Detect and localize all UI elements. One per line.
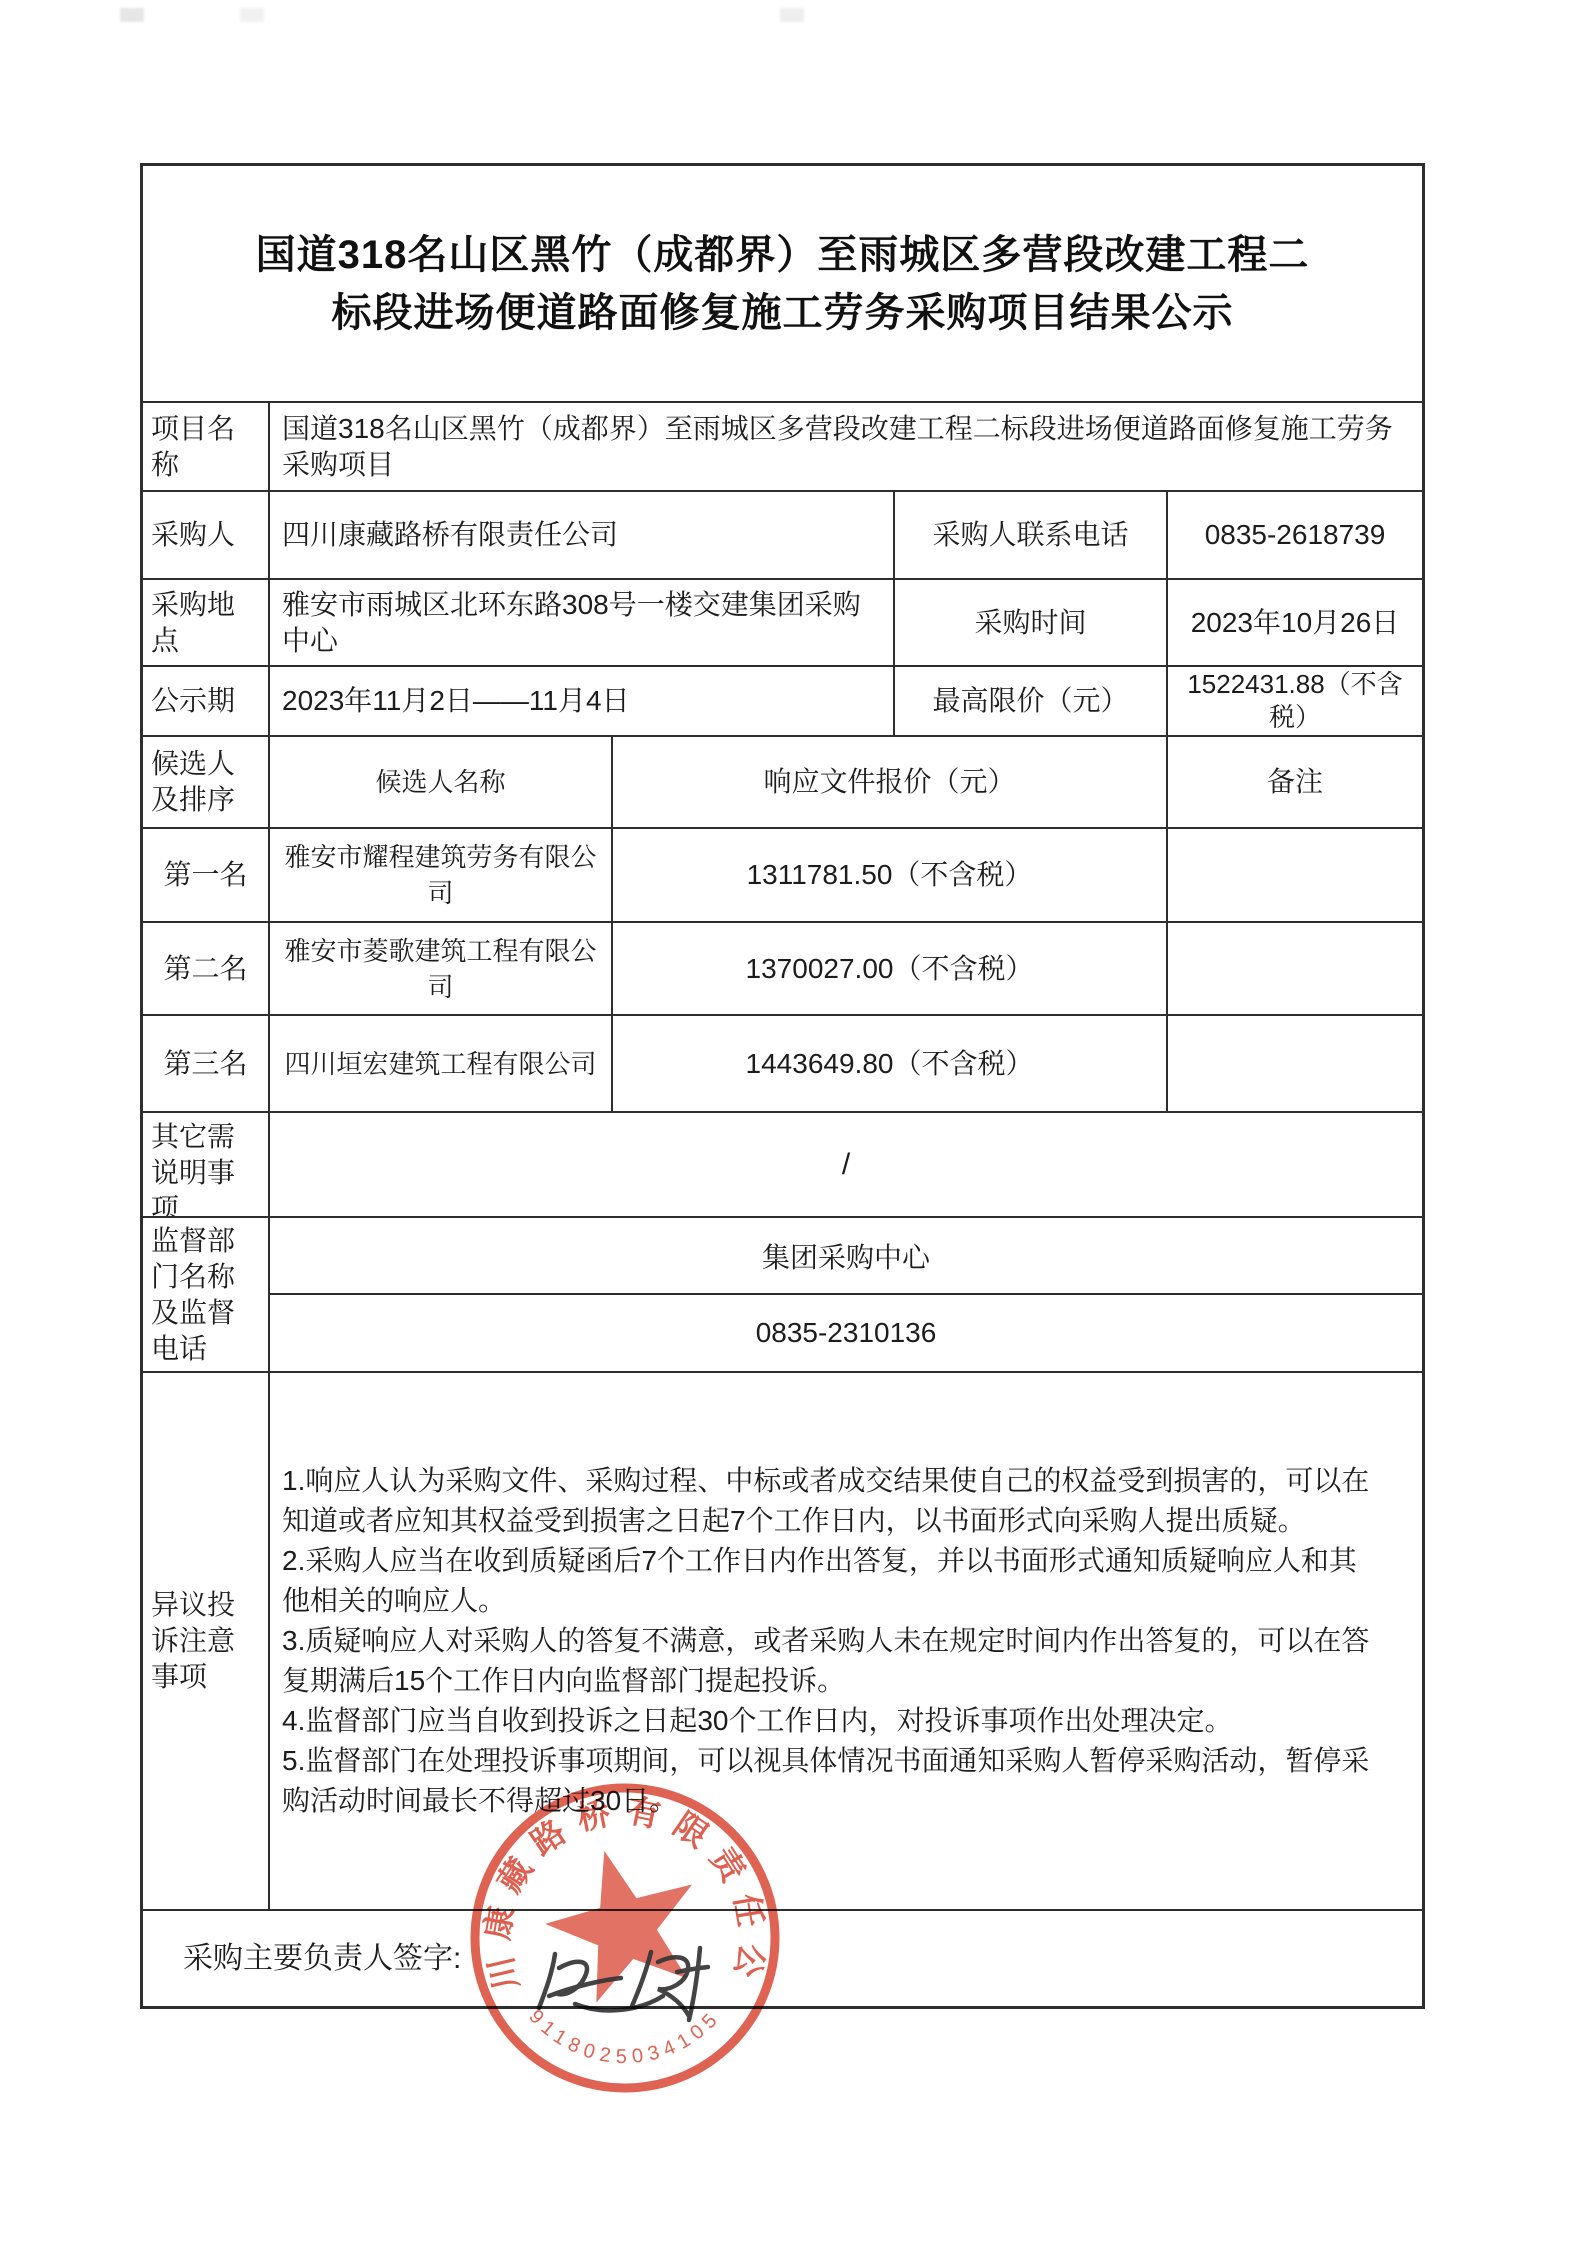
candidate-name-header: 候选人名称 bbox=[268, 737, 611, 827]
candidates-header-label: 候选人及排序 bbox=[143, 737, 268, 827]
candidate-quote-header: 响应文件报价（元） bbox=[611, 737, 1166, 827]
candidate-rank: 第二名 bbox=[143, 923, 268, 1014]
candidate-remark-header: 备注 bbox=[1166, 737, 1422, 827]
other-notes-row: 其它需说明事项 / bbox=[143, 1111, 1422, 1216]
candidate-quote: 1443649.80（不含税） bbox=[611, 1016, 1166, 1111]
result-announcement-table: 国道318名山区黑竹（成都界）至雨城区多营段改建工程二标段进场便道路面修复施工劳… bbox=[140, 163, 1425, 2009]
candidate-row-2: 第二名 雅安市菱歌建筑工程有限公司 1370027.00（不含税） bbox=[143, 921, 1422, 1014]
objection-item-5: 5.监督部门在处理投诉事项期间，可以视具体情况书面通知采购人暂停采购活动，暂停采… bbox=[282, 1741, 1377, 1821]
supervision-dept: 集团采购中心 bbox=[270, 1218, 1422, 1293]
other-notes-label: 其它需说明事项 bbox=[143, 1113, 268, 1216]
page-title: 国道318名山区黑竹（成都界）至雨城区多营段改建工程二标段进场便道路面修复施工劳… bbox=[253, 226, 1313, 342]
purchase-time-label: 采购时间 bbox=[893, 580, 1166, 665]
scanned-document-page: 国道318名山区黑竹（成都界）至雨城区多营段改建工程二标段进场便道路面修复施工劳… bbox=[0, 0, 1587, 2244]
scan-artifact bbox=[120, 8, 1320, 22]
objection-item-4: 4.监督部门应当自收到投诉之日起30个工作日内，对投诉事项作出处理决定。 bbox=[282, 1701, 1377, 1741]
candidate-remark bbox=[1166, 923, 1422, 1014]
project-name-row: 项目名称 国道318名山区黑竹（成都界）至雨城区多营段改建工程二标段进场便道路面… bbox=[143, 401, 1422, 490]
svg-text:9118025034105: 9118025034105 bbox=[524, 2006, 725, 2068]
candidate-quote: 1311781.50（不含税） bbox=[611, 829, 1166, 921]
objection-item-3: 3.质疑响应人对采购人的答复不满意，或者采购人未在规定时间内作出答复的，可以在答… bbox=[282, 1621, 1377, 1701]
title-row: 国道318名山区黑竹（成都界）至雨城区多营段改建工程二标段进场便道路面修复施工劳… bbox=[143, 166, 1422, 401]
purchaser-row: 采购人 四川康藏路桥有限责任公司 采购人联系电话 0835-2618739 bbox=[143, 490, 1422, 578]
location-value: 雅安市雨城区北环东路308号一楼交建集团采购中心 bbox=[268, 580, 893, 665]
location-label: 采购地点 bbox=[143, 580, 268, 665]
candidate-remark bbox=[1166, 1016, 1422, 1111]
seal-serial-number: 9118025034105 bbox=[524, 2006, 725, 2068]
supervision-row: 监督部门名称及监督电话 集团采购中心 0835-2310136 bbox=[143, 1216, 1422, 1371]
objection-label: 异议投诉注意事项 bbox=[143, 1373, 268, 1909]
candidate-rank: 第三名 bbox=[143, 1016, 268, 1111]
publicity-row: 公示期 2023年11月2日——11月4日 最高限价（元） 1522431.88… bbox=[143, 665, 1422, 735]
candidate-rank: 第一名 bbox=[143, 829, 268, 921]
purchaser-phone-value: 0835-2618739 bbox=[1166, 492, 1422, 578]
candidate-row-3: 第三名 四川垣宏建筑工程有限公司 1443649.80（不含税） bbox=[143, 1014, 1422, 1111]
other-notes-value: / bbox=[268, 1113, 1422, 1216]
purchaser-phone-label: 采购人联系电话 bbox=[893, 492, 1166, 578]
candidate-row-1: 第一名 雅安市耀程建筑劳务有限公司 1311781.50（不含税） bbox=[143, 827, 1422, 921]
objection-item-2: 2.采购人应当在收到质疑函后7个工作日内作出答复，并以书面形式通知质疑响应人和其… bbox=[282, 1541, 1377, 1621]
supervision-values: 集团采购中心 0835-2310136 bbox=[268, 1218, 1422, 1371]
supervision-label: 监督部门名称及监督电话 bbox=[143, 1218, 268, 1371]
max-price-label: 最高限价（元） bbox=[893, 667, 1166, 735]
candidate-remark bbox=[1166, 829, 1422, 921]
candidate-name: 雅安市耀程建筑劳务有限公司 bbox=[268, 829, 611, 921]
objection-item-1: 1.响应人认为采购文件、采购过程、中标或者成交结果使自己的权益受到损害的，可以在… bbox=[282, 1461, 1377, 1541]
location-row: 采购地点 雅安市雨城区北环东路308号一楼交建集团采购中心 采购时间 2023年… bbox=[143, 578, 1422, 665]
candidate-name: 雅安市菱歌建筑工程有限公司 bbox=[268, 923, 611, 1014]
supervision-phone: 0835-2310136 bbox=[270, 1293, 1422, 1371]
purchaser-label: 采购人 bbox=[143, 492, 268, 578]
company-seal: 四川康藏路桥有限责任公司 9118025034105 bbox=[455, 1768, 795, 2108]
project-name-label: 项目名称 bbox=[143, 403, 268, 490]
purchaser-value: 四川康藏路桥有限责任公司 bbox=[268, 492, 893, 578]
candidates-header-row: 候选人及排序 候选人名称 响应文件报价（元） 备注 bbox=[143, 735, 1422, 827]
seal-star-icon bbox=[531, 1831, 715, 2010]
publicity-value: 2023年11月2日——11月4日 bbox=[268, 667, 893, 735]
project-name-value: 国道318名山区黑竹（成都界）至雨城区多营段改建工程二标段进场便道路面修复施工劳… bbox=[268, 403, 1422, 490]
objection-body: 1.响应人认为采购文件、采购过程、中标或者成交结果使自己的权益受到损害的，可以在… bbox=[268, 1373, 1422, 1909]
candidate-quote: 1370027.00（不含税） bbox=[611, 923, 1166, 1014]
candidate-name: 四川垣宏建筑工程有限公司 bbox=[268, 1016, 611, 1111]
max-price-value: 1522431.88（不含税） bbox=[1166, 667, 1422, 735]
publicity-label: 公示期 bbox=[143, 667, 268, 735]
title-cell: 国道318名山区黑竹（成都界）至雨城区多营段改建工程二标段进场便道路面修复施工劳… bbox=[143, 166, 1422, 401]
purchase-time-value: 2023年10月26日 bbox=[1166, 580, 1422, 665]
